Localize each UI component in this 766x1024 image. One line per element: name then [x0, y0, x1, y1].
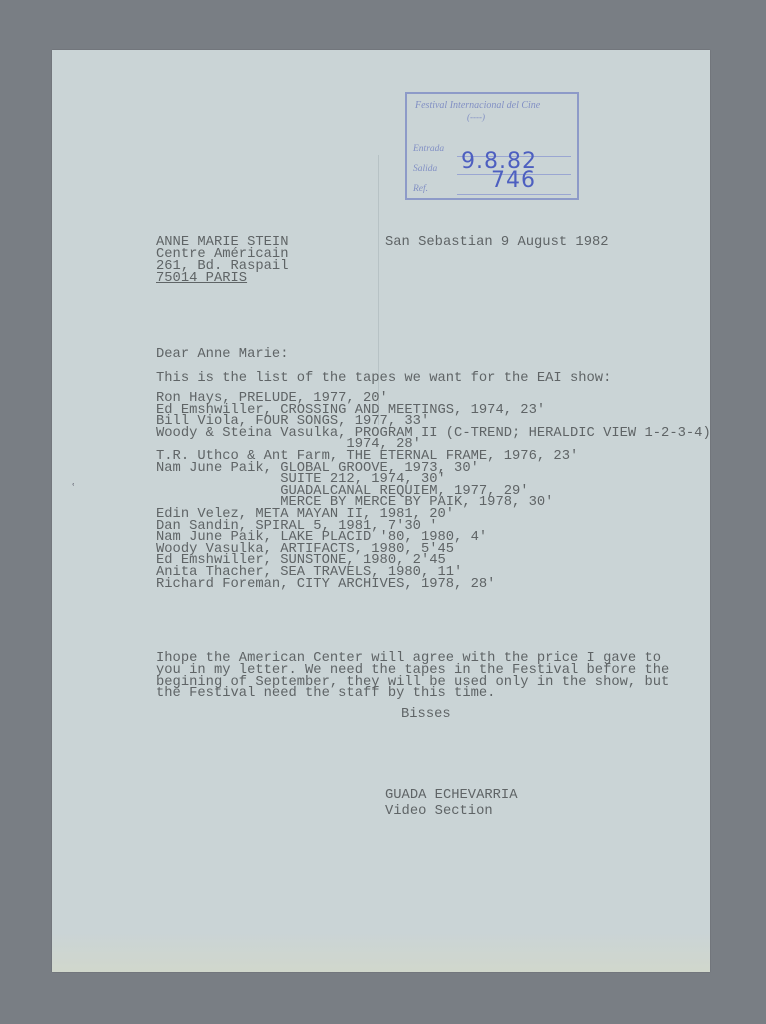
tape-list-item: Richard Foreman, CITY ARCHIVES, 1978, 28…: [156, 579, 495, 591]
stamp-subheader: (----): [467, 112, 485, 122]
stamp-ref-label: Ref.: [413, 184, 428, 194]
stamp-line: [457, 194, 571, 195]
stamp-entrada-label: Entrada: [413, 144, 444, 154]
body-line: the Festival need the staff by this time…: [156, 688, 495, 700]
reception-stamp: Festival Internacional del Cine (----) E…: [405, 92, 579, 200]
stamp-header: Festival Internacional del Cine: [415, 100, 540, 111]
signature-name: GUADA ECHEVARRIA: [385, 790, 517, 802]
recipient-city: 75014 PARIS: [156, 273, 247, 285]
ink-mark: ˓: [72, 480, 75, 491]
place-date: San Sebastian 9 August 1982: [385, 237, 609, 249]
stamp-ref-handwritten: 746: [491, 168, 536, 193]
stamp-salida-label: Salida: [413, 164, 437, 174]
signature-title: Video Section: [385, 806, 493, 818]
closing: Bisses: [401, 709, 451, 721]
intro-line: This is the list of the tapes we want fo…: [156, 373, 611, 385]
salutation: Dear Anne Marie:: [156, 349, 288, 361]
